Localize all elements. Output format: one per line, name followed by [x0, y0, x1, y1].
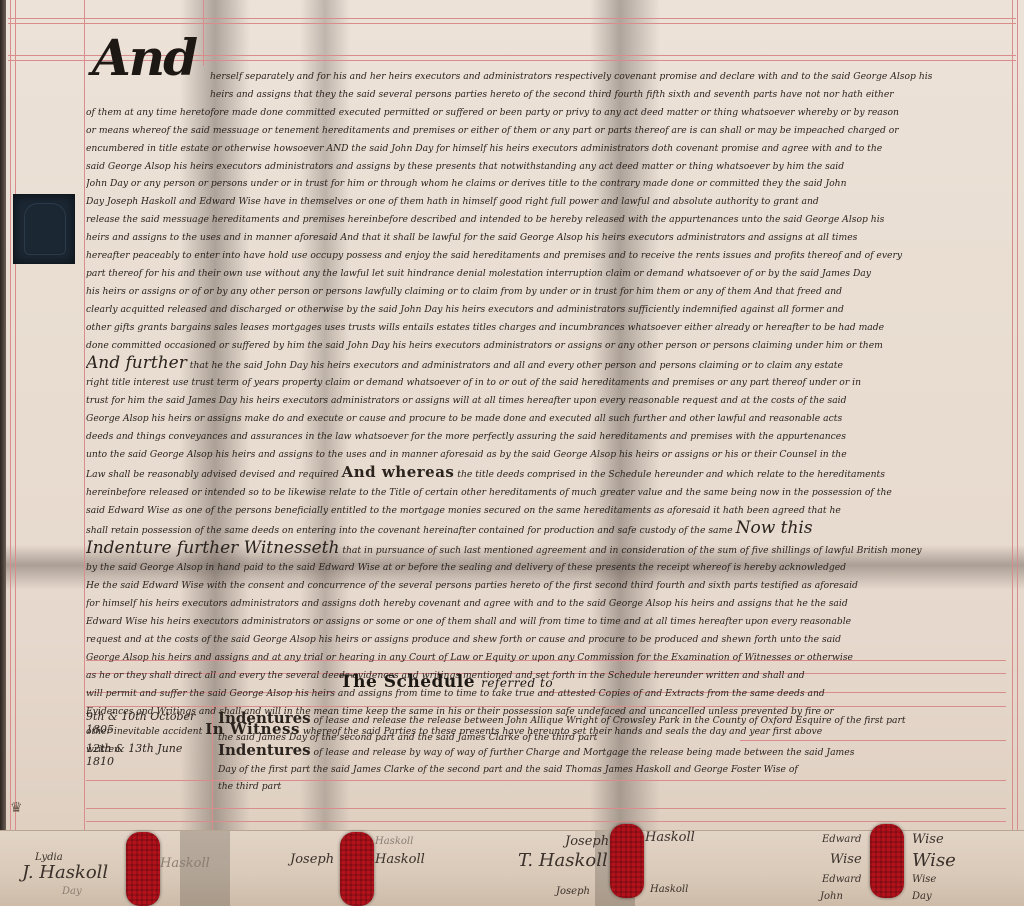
deed-body: herself separately and for his and her h… — [86, 68, 1014, 758]
signature: Joseph — [556, 886, 590, 897]
body-line: trust for him the said James Day his hei… — [86, 392, 1014, 410]
body-line: for himself his heirs executors administ… — [86, 595, 1014, 613]
signature: Haskoll — [375, 852, 425, 867]
wax-seal-icon — [610, 824, 644, 898]
witnesseth-line: Indenture further Witnesseth that in pur… — [86, 540, 1014, 560]
signature: Edward — [822, 834, 861, 845]
schedule-subtitle: referred to — [481, 676, 553, 690]
schedule-entry-heading: Indentures — [218, 709, 311, 727]
body-line: heirs and assigns that they the said sev… — [86, 86, 1014, 104]
body-line: herself separately and for his and her h… — [86, 68, 1014, 86]
signature: Haskoll — [650, 884, 688, 895]
signature: Haskoll — [160, 856, 210, 871]
body-line: or means whereof the said messuage or te… — [86, 122, 1014, 140]
signature: John — [820, 891, 843, 902]
signature: T. Haskoll — [518, 850, 608, 871]
left-margin-rule — [10, 0, 16, 830]
body-line: George Alsop his heirs and assigns and a… — [86, 649, 1014, 667]
now-this-heading: Now this — [736, 520, 813, 538]
signature: Wise — [912, 874, 936, 885]
body-line: Day Joseph Haskoll and Edward Wise have … — [86, 193, 1014, 211]
body-line: of them at any time heretofore made done… — [86, 104, 1014, 122]
body-line: other gifts grants bargains sales leases… — [86, 319, 1014, 337]
body-line: request and at the costs of the said Geo… — [86, 631, 1014, 649]
stamp-emblem-icon — [24, 203, 66, 255]
signature: Joseph — [290, 852, 334, 867]
crown-watermark-icon: ♛ — [10, 800, 23, 816]
body-line: right title interest use trust term of y… — [86, 374, 1014, 392]
revenue-stamp-icon — [13, 194, 75, 264]
wax-seal-icon — [126, 832, 160, 906]
signature: Day — [912, 891, 932, 902]
body-line: hereinbefore released or intended so to … — [86, 484, 1014, 502]
body-line: part thereof for his and their own use w… — [86, 265, 1014, 283]
body-line: done committed occasioned or suffered by… — [86, 337, 1014, 355]
signature: Wise — [912, 850, 956, 871]
schedule-title: The Schedulereferred to — [340, 672, 553, 692]
and-further-heading: And further — [86, 355, 187, 373]
body-line: unto the said George Alsop his heirs and… — [86, 446, 1014, 464]
body-line: release the said messuage hereditaments … — [86, 211, 1014, 229]
witnesseth-heading: Indenture further Witnesseth — [86, 540, 339, 558]
signature: Wise — [830, 852, 862, 867]
body-line: George Alsop his heirs or assigns make d… — [86, 410, 1014, 428]
body-line: hereafter peaceably to enter into have h… — [86, 247, 1014, 265]
schedule-entry-date: 12th & 13th June 1810 — [86, 742, 212, 768]
schedule-entry-heading: Indentures — [218, 741, 311, 759]
schedule-bottom-rule-3 — [86, 821, 1006, 822]
body-line: said George Alsop his heirs executors ad… — [86, 158, 1014, 176]
and-whereas-heading: And whereas — [342, 464, 455, 481]
body-line: clearly acquitted released and discharge… — [86, 301, 1014, 319]
and-whereas-line: Law shall be reasonably advised devised … — [86, 464, 1014, 484]
body-line: heirs and assigns to the uses and in man… — [86, 229, 1014, 247]
and-further-line: And further that he the said John Day hi… — [86, 355, 1014, 375]
body-line: deeds and things conveyances and assuran… — [86, 428, 1014, 446]
body-line: by the said George Alsop in hand paid to… — [86, 559, 1014, 577]
signature: Haskoll — [375, 836, 413, 847]
wax-seal-icon — [870, 824, 904, 898]
body-line: John Day or any person or persons under … — [86, 175, 1014, 193]
schedule-bottom-rule-2 — [86, 808, 1006, 809]
signature: Edward — [822, 874, 861, 885]
body-line: Edward Wise his heirs executors administ… — [86, 613, 1014, 631]
wax-seal-icon — [340, 832, 374, 906]
signature: J. Haskoll — [22, 862, 108, 883]
body-line: his heirs or assigns or of or by any oth… — [86, 283, 1014, 301]
schedule-entry-date: 9th & 10th October 1805 — [86, 710, 212, 736]
signature: Day — [62, 886, 82, 897]
top-rule — [8, 18, 1016, 24]
body-line: He the said Edward Wise with the consent… — [86, 577, 1014, 595]
signature: Wise — [912, 832, 944, 847]
dropcap-box-right — [203, 0, 204, 66]
page-edge — [0, 0, 6, 906]
schedule-entry-description: Indentures of lease and release by way o… — [218, 742, 1004, 795]
signature: Haskoll — [645, 830, 695, 845]
body-line: said Edward Wise as one of the persons b… — [86, 502, 1014, 520]
body-line: encumbered in title estate or otherwise … — [86, 140, 1014, 158]
signature: Joseph — [565, 834, 609, 849]
body-line: shall retain possession of the same deed… — [86, 520, 1014, 540]
inner-margin-rule — [84, 0, 85, 830]
schedule-entry-description: Indentures of lease and release the rele… — [218, 710, 1004, 746]
